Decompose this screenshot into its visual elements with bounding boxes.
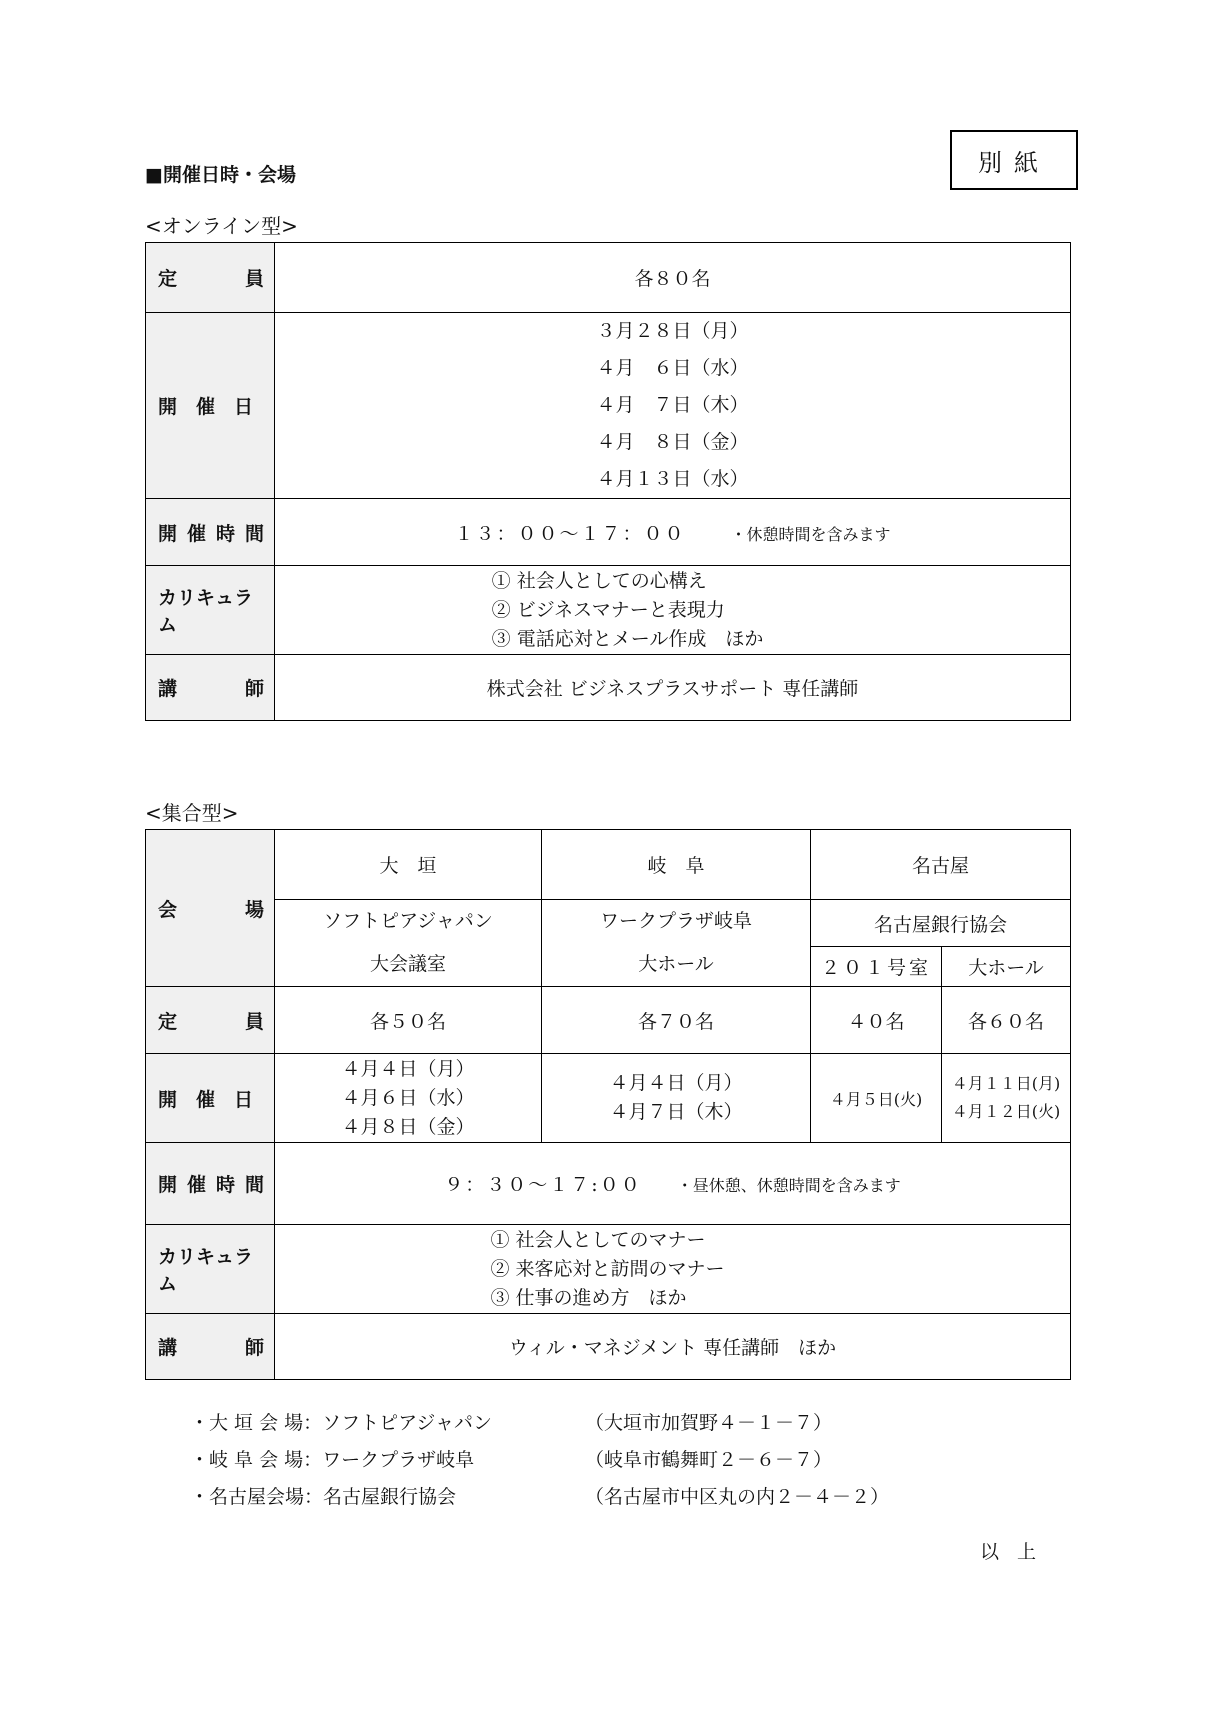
- curriculum-item: ② 来客応対と訪問のマナー: [490, 1255, 724, 1284]
- dates-value: ３月２８日（月） ４月 ６日（水） ４月 ７日（木） ４月 ８日（金） ４月１３…: [275, 313, 1071, 499]
- label-char: 時: [216, 1170, 235, 1197]
- capacity-value: 各８０名: [275, 243, 1071, 313]
- time-note: ・休憩時間を含みます: [731, 525, 891, 544]
- curriculum-item: ② ビジネスマナーと表現力: [492, 596, 764, 625]
- date-item: ４月５日(火): [811, 1087, 941, 1110]
- venue-address-list: ・大 垣 会 場：ソフトピアジャパン （大垣市加賀野４－１－７） ・岐 阜 会 …: [190, 1405, 889, 1516]
- label-char: 催: [196, 392, 215, 419]
- group-curriculum-row: カリキュラム ① 社会人としてのマナー ② 来客応対と訪問のマナー ③ 仕事の進…: [146, 1225, 1071, 1314]
- online-curriculum-row: カリキュラム ① 社会人としての心構え ② ビジネスマナーと表現力 ③ 電話応対…: [146, 566, 1071, 655]
- venue-address: （岐阜市鶴舞町２－６－７）: [585, 1442, 832, 1479]
- dates-nagoya-201: ４月５日(火): [811, 1054, 942, 1143]
- curriculum-item: ① 社会人としてのマナー: [490, 1226, 724, 1255]
- venue-address: （名古屋市中区丸の内２－４－２）: [585, 1479, 889, 1516]
- closing-mark: 以上: [980, 1537, 1054, 1564]
- capacity-nagoya-201: ４０名: [811, 987, 942, 1054]
- date-item: ４月 ７日（木）: [596, 387, 748, 424]
- online-section-title: <オンライン型>: [145, 210, 298, 239]
- label-char: 師: [245, 1333, 264, 1360]
- date-item: ４月７日（木）: [542, 1098, 810, 1127]
- label-char: 場: [245, 895, 264, 922]
- venue-address-item: ・岐 阜 会 場：ワークプラザ岐阜 （岐阜市鶴舞町２－６－７）: [190, 1442, 889, 1479]
- time-range: １３：００～１７：００: [454, 523, 685, 545]
- label-char: 定: [158, 1007, 177, 1034]
- label-char: 開: [158, 392, 177, 419]
- label-char: 開: [158, 519, 177, 546]
- curriculum-item: ③ 電話応対とメール作成 ほか: [492, 625, 764, 654]
- dates-gifu: ４月４日（月） ４月７日（木）: [542, 1054, 811, 1143]
- online-table: 定員 各８０名 開催日 ３月２８日（月） ４月 ６日（水） ４月 ７日（木） ４…: [145, 242, 1071, 721]
- online-instructor-row: 講師 株式会社 ビジネスプラスサポート 専任講師: [146, 655, 1071, 721]
- date-item: ４月４日（月）: [542, 1069, 810, 1098]
- room-name: 大ホール: [542, 943, 810, 986]
- group-dates-row: 開催日 ４月４日（月） ４月６日（水） ４月８日（金） ４月４日（月） ４月７日…: [146, 1054, 1071, 1143]
- label-char: 開: [158, 1085, 177, 1112]
- curriculum-value: ① 社会人としての心構え ② ビジネスマナーと表現力 ③ 電話応対とメール作成 …: [275, 566, 1071, 655]
- label-char: 講: [158, 674, 177, 701]
- time-label: 開催時間: [146, 499, 275, 566]
- label-char: 間: [245, 519, 264, 546]
- label-char: 師: [245, 674, 264, 701]
- online-dates-row: 開催日 ３月２８日（月） ４月 ６日（水） ４月 ７日（木） ４月 ８日（金） …: [146, 313, 1071, 499]
- label-char: 催: [196, 1085, 215, 1112]
- time-value: １３：００～１７：００・休憩時間を含みます: [275, 499, 1071, 566]
- online-time-row: 開催時間 １３：００～１７：００・休憩時間を含みます: [146, 499, 1071, 566]
- group-instructor-row: 講師 ウィル・マネジメント 専任講師 ほか: [146, 1314, 1071, 1380]
- curriculum-label: カリキュラム: [146, 566, 275, 655]
- date-item: ４月１２日(火): [942, 1098, 1070, 1126]
- capacity-ogaki: 各５０名: [275, 987, 542, 1054]
- time-value: ９：３０～１７:００・昼休憩、休憩時間を含みます: [275, 1143, 1071, 1225]
- curriculum-item: ① 社会人としての心構え: [492, 567, 764, 596]
- room-name: 大会議室: [275, 943, 541, 986]
- label-char: 催: [187, 1170, 206, 1197]
- capacity-label: 定員: [146, 987, 275, 1054]
- capacity-label: 定員: [146, 243, 275, 313]
- label-char: 定: [158, 264, 177, 291]
- date-item: ４月１１日(月): [942, 1070, 1070, 1098]
- label-char: 会: [158, 895, 177, 922]
- facility-nagoya: 名古屋銀行協会: [811, 900, 1071, 947]
- time-range: ９：３０～１７:００: [444, 1174, 641, 1196]
- room-nagoya-201: ２０１号室: [811, 947, 942, 987]
- label-char: 員: [245, 264, 264, 291]
- group-table: 会場 大 垣 岐 阜 名古屋 ソフトピアジャパン大会議室 ワークプラザ岐阜大ホー…: [145, 829, 1071, 1380]
- facility-name: ソフトピアジャパン: [275, 900, 541, 943]
- time-label: 開催時間: [146, 1143, 275, 1225]
- capacity-nagoya-hall: 各６０名: [942, 987, 1071, 1054]
- label-char: 開: [158, 1170, 177, 1197]
- date-item: ４月４日（月）: [275, 1055, 541, 1084]
- venue-address: （大垣市加賀野４－１－７）: [585, 1405, 832, 1442]
- label-char: 催: [187, 519, 206, 546]
- instructor-value: 株式会社 ビジネスプラスサポート 専任講師: [275, 655, 1071, 721]
- venue-name: ・名古屋会場：名古屋銀行協会: [190, 1479, 585, 1516]
- group-capacity-row: 定員 各５０名 各７０名 ４０名 各６０名: [146, 987, 1071, 1054]
- time-note: ・昼休憩、休憩時間を含みます: [677, 1176, 901, 1195]
- label-char: 講: [158, 1333, 177, 1360]
- date-item: ３月２８日（月）: [596, 313, 748, 350]
- venue-facility-row: ソフトピアジャパン大会議室 ワークプラザ岐阜大ホール 名古屋銀行協会: [146, 900, 1071, 947]
- city-nagoya: 名古屋: [811, 830, 1071, 900]
- venue-address-item: ・大 垣 会 場：ソフトピアジャパン （大垣市加賀野４－１－７）: [190, 1405, 889, 1442]
- label-char: 日: [234, 1085, 253, 1112]
- facility-gifu: ワークプラザ岐阜大ホール: [542, 900, 811, 987]
- venue-name: ・大 垣 会 場：ソフトピアジャパン: [190, 1405, 585, 1442]
- attachment-stamp: 別紙: [950, 130, 1078, 190]
- group-time-row: 開催時間 ９：３０～１７:００・昼休憩、休憩時間を含みます: [146, 1143, 1071, 1225]
- section-title: ■開催日時・会場: [145, 160, 296, 187]
- instructor-label: 講師: [146, 655, 275, 721]
- curriculum-item: ③ 仕事の進め方 ほか: [490, 1284, 724, 1313]
- facility-name: ワークプラザ岐阜: [542, 900, 810, 943]
- group-section-title: <集合型>: [145, 797, 239, 826]
- online-capacity-row: 定員 各８０名: [146, 243, 1071, 313]
- capacity-gifu: 各７０名: [542, 987, 811, 1054]
- city-ogaki: 大 垣: [275, 830, 542, 900]
- dates-nagoya-hall: ４月１１日(月) ４月１２日(火): [942, 1054, 1071, 1143]
- dates-label: 開催日: [146, 1054, 275, 1143]
- curriculum-label: カリキュラム: [146, 1225, 275, 1314]
- date-item: ４月６日（水）: [275, 1084, 541, 1113]
- venue-name: ・岐 阜 会 場：ワークプラザ岐阜: [190, 1442, 585, 1479]
- instructor-value: ウィル・マネジメント 専任講師 ほか: [275, 1314, 1071, 1380]
- date-item: ４月 ８日（金）: [596, 424, 748, 461]
- facility-ogaki: ソフトピアジャパン大会議室: [275, 900, 542, 987]
- date-item: ４月１３日（水）: [596, 461, 748, 498]
- room-nagoya-hall: 大ホール: [942, 947, 1071, 987]
- label-char: 日: [234, 392, 253, 419]
- venue-city-row: 会場 大 垣 岐 阜 名古屋: [146, 830, 1071, 900]
- curriculum-value: ① 社会人としてのマナー ② 来客応対と訪問のマナー ③ 仕事の進め方 ほか: [275, 1225, 1071, 1314]
- venue-address-item: ・名古屋会場：名古屋銀行協会 （名古屋市中区丸の内２－４－２）: [190, 1479, 889, 1516]
- venue-label: 会場: [146, 830, 275, 987]
- label-char: 間: [245, 1170, 264, 1197]
- label-char: 時: [216, 519, 235, 546]
- dates-ogaki: ４月４日（月） ４月６日（水） ４月８日（金）: [275, 1054, 542, 1143]
- city-gifu: 岐 阜: [542, 830, 811, 900]
- instructor-label: 講師: [146, 1314, 275, 1380]
- dates-label: 開催日: [146, 313, 275, 499]
- date-item: ４月８日（金）: [275, 1113, 541, 1142]
- date-item: ４月 ６日（水）: [596, 350, 748, 387]
- label-char: 員: [245, 1007, 264, 1034]
